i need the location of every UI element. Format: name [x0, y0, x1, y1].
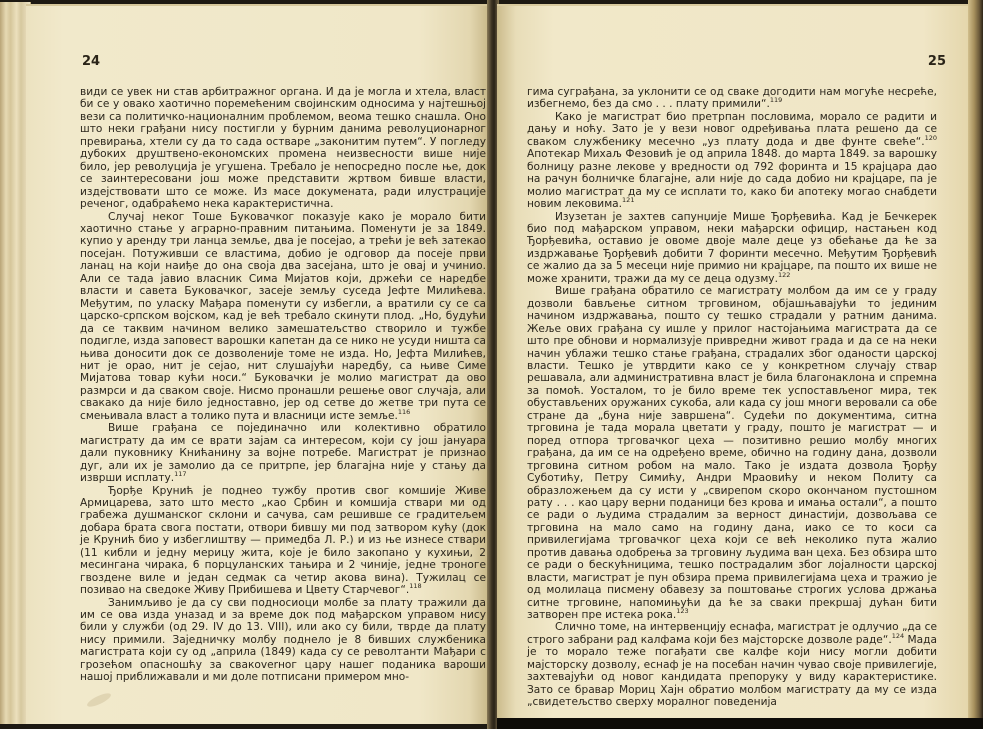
paragraph: Занимљиво је да су сви подносиоци молбе …	[80, 597, 486, 684]
paragraph: Ђорђе Крунић је поднео тужбу против свог…	[80, 485, 486, 597]
body-text: види се увек ни став арбитражног органа.…	[80, 86, 486, 684]
footnote-mark: 122	[778, 271, 790, 279]
paragraph: Више грађана обратило се магистрату молб…	[527, 285, 937, 621]
right-page: 25 гима суграђана, за уклонити се од сва…	[497, 4, 970, 724]
footnote-mark: 120	[925, 134, 937, 142]
footnote-mark: 124	[892, 632, 904, 640]
body-text: гима суграђана, за уклонити се од сваке …	[527, 86, 937, 709]
paragraph: види се увек ни став арбитражног органа.…	[80, 86, 486, 211]
paragraph: Више грађана се појединачно или колектив…	[80, 422, 486, 484]
footnote-mark: 119	[770, 96, 782, 104]
paper-stain	[86, 691, 113, 709]
page-number: 25	[928, 54, 946, 69]
footnote-mark: 118	[409, 582, 421, 590]
paragraph: Изузетан је захтев сапунџије Мише Ђорђев…	[527, 211, 937, 286]
scan-shadow	[497, 718, 983, 729]
footnote-mark: 121	[622, 196, 634, 204]
page-number: 24	[82, 54, 100, 69]
left-page: 24 види се увек ни став арбитражног орга…	[26, 4, 488, 724]
right-page-stack-edge	[968, 0, 983, 729]
paragraph: Случај неког Тоше Буковачког показује ка…	[80, 211, 486, 423]
book-spread: 24 види се увек ни став арбитражног орга…	[0, 0, 983, 729]
footnote-mark: 116	[398, 408, 410, 416]
paragraph: Како је магистрат био претрпан пословима…	[527, 111, 937, 211]
paragraph: Слично томе, на интервенцију еснафа, маг…	[527, 621, 937, 708]
footnote-mark: 123	[676, 607, 688, 615]
footnote-mark: 117	[174, 470, 186, 478]
paragraph: гима суграђана, за уклонити се од сваке …	[527, 86, 937, 111]
